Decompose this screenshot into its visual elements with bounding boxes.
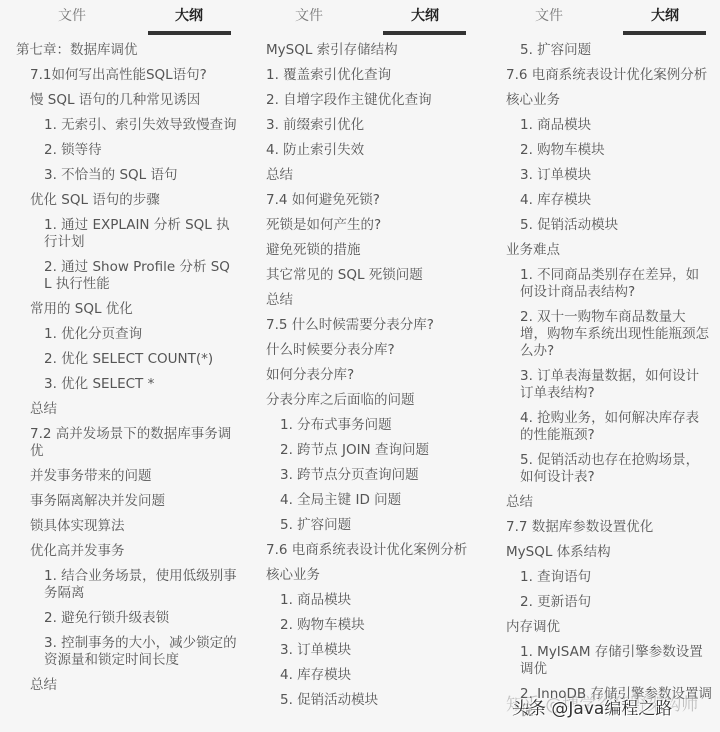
outline-section-item[interactable]: 优化高并发事务 xyxy=(0,539,245,564)
tab-file[interactable]: 文件 xyxy=(295,6,323,26)
outline-subsection-item[interactable]: 3. 优化 SELECT * xyxy=(0,372,245,397)
outline-subsection-item[interactable]: 1. 分布式事务问题 xyxy=(245,413,490,438)
active-tab-underline xyxy=(148,31,231,35)
outline-panels: 文件 大纲 第七章：数据库调优7.1如何写出高性能SQL语句?慢 SQL 语句的… xyxy=(0,0,720,732)
outline-section-item[interactable]: 事务隔离解决并发问题 xyxy=(0,489,245,514)
outline-subsection-item[interactable]: 3. 不恰当的 SQL 语句 xyxy=(0,163,245,188)
watermark-toutiao: 头条 @Java编程之路 xyxy=(512,694,672,719)
outline-section-item[interactable]: 3. 前缀索引优化 xyxy=(245,113,490,138)
outline-section-item[interactable]: 7.5 什么时候需要分表分库? xyxy=(245,313,490,338)
outline-subsection-item[interactable]: 5. 促销活动也存在抢购场景，如何设计表? xyxy=(490,448,720,490)
tab-file[interactable]: 文件 xyxy=(535,6,563,26)
outline-section-item[interactable]: 什么时候要分表分库? xyxy=(245,338,490,363)
outline-subsection-item[interactable]: 2. 购物车模块 xyxy=(490,138,720,163)
outline-subsection-item[interactable]: 5. 促销活动模块 xyxy=(490,213,720,238)
tab-bar: 文件 大纲 xyxy=(245,0,490,38)
outline-section-item[interactable]: 7.2 高并发场景下的数据库事务调优 xyxy=(0,422,245,464)
outline-subsection-item[interactable]: 1. MyISAM 存储引擎参数设置调优 xyxy=(490,640,720,682)
outline-section-item[interactable]: 2. 自增字段作主键优化查询 xyxy=(245,88,490,113)
outline-subsection-item[interactable]: 2. 跨节点 JOIN 查询问题 xyxy=(245,438,490,463)
tab-bar: 文件 大纲 xyxy=(0,0,245,38)
outline-section-item[interactable]: 1. 覆盖索引优化查询 xyxy=(245,63,490,88)
outline-section-item[interactable]: 核心业务 xyxy=(490,88,720,113)
outline-section-item[interactable]: 核心业务 xyxy=(245,563,490,588)
outline-list: 第七章：数据库调优7.1如何写出高性能SQL语句?慢 SQL 语句的几种常见诱因… xyxy=(0,38,245,698)
outline-subsection-item[interactable]: 1. 不同商品类别存在差异，如何设计商品表结构? xyxy=(490,263,720,305)
outline-subsection-item[interactable]: 3. 订单表海量数据，如何设计订单表结构? xyxy=(490,364,720,406)
outline-section-item[interactable]: 如何分表分库? xyxy=(245,363,490,388)
outline-panel-2: 文件 大纲 MySQL 索引存储结构1. 覆盖索引优化查询2. 自增字段作主键优… xyxy=(245,0,490,732)
tab-file[interactable]: 文件 xyxy=(58,6,86,26)
outline-subsection-item[interactable]: 2. 购物车模块 xyxy=(245,613,490,638)
active-tab-underline xyxy=(623,31,706,35)
outline-section-item[interactable]: 总结 xyxy=(245,288,490,313)
outline-section-item[interactable]: 总结 xyxy=(245,163,490,188)
outline-subsection-item[interactable]: 3. 订单模块 xyxy=(490,163,720,188)
outline-chapter-heading[interactable]: 第七章：数据库调优 xyxy=(0,38,245,63)
outline-section-item[interactable]: 优化 SQL 语句的步骤 xyxy=(0,188,245,213)
outline-subsection-item[interactable]: 5. 扩容问题 xyxy=(245,513,490,538)
outline-section-item[interactable]: 7.6 电商系统表设计优化案例分析 xyxy=(490,63,720,88)
active-tab-underline xyxy=(383,31,466,35)
outline-subsection-item[interactable]: 1. 通过 EXPLAIN 分析 SQL 执行计划 xyxy=(0,213,245,255)
tab-bar: 文件 大纲 xyxy=(490,0,720,38)
outline-subsection-item[interactable]: 1. 商品模块 xyxy=(490,113,720,138)
outline-subsection-item[interactable]: 2. 优化 SELECT COUNT(*) xyxy=(0,347,245,372)
outline-subsection-item[interactable]: 3. 订单模块 xyxy=(245,638,490,663)
outline-section-item[interactable]: 并发事务带来的问题 xyxy=(0,464,245,489)
outline-section-item[interactable]: 4. 防止索引失效 xyxy=(245,138,490,163)
outline-subsection-item[interactable]: 2. 避免行锁升级表锁 xyxy=(0,606,245,631)
outline-subsection-item[interactable]: 3. 控制事务的大小，减少锁定的资源量和锁定时间长度 xyxy=(0,631,245,673)
outline-subsection-item[interactable]: 4. 抢购业务，如何解决库存表的性能瓶颈? xyxy=(490,406,720,448)
outline-subsection-item[interactable]: 1. 查询语句 xyxy=(490,565,720,590)
outline-list: 5. 扩容问题7.6 电商系统表设计优化案例分析核心业务1. 商品模块2. 购物… xyxy=(490,38,720,724)
tab-outline[interactable]: 大纲 xyxy=(175,6,203,26)
outline-subsection-item[interactable]: 1. 商品模块 xyxy=(245,588,490,613)
outline-subsection-item[interactable]: 2. 锁等待 xyxy=(0,138,245,163)
outline-section-item[interactable]: 分表分库之后面临的问题 xyxy=(245,388,490,413)
outline-section-item[interactable]: MySQL 体系结构 xyxy=(490,540,720,565)
outline-section-item[interactable]: 内存调优 xyxy=(490,615,720,640)
tab-outline[interactable]: 大纲 xyxy=(411,6,439,26)
outline-panel-3: 文件 大纲 5. 扩容问题7.6 电商系统表设计优化案例分析核心业务1. 商品模… xyxy=(490,0,720,732)
outline-section-item[interactable]: 7.7 数据库参数设置优化 xyxy=(490,515,720,540)
outline-subsection-item[interactable]: 2. 双十一购物车商品数量大增，购物车系统出现性能瓶颈怎么办? xyxy=(490,305,720,364)
outline-section-item[interactable]: MySQL 索引存储结构 xyxy=(245,38,490,63)
outline-section-item[interactable]: 7.4 如何避免死锁? xyxy=(245,188,490,213)
outline-subsection-item[interactable]: 4. 全局主键 ID 问题 xyxy=(245,488,490,513)
outline-section-item[interactable]: 慢 SQL 语句的几种常见诱因 xyxy=(0,88,245,113)
outline-section-item[interactable]: 7.6 电商系统表设计优化案例分析 xyxy=(245,538,490,563)
outline-section-item[interactable]: 总结 xyxy=(490,490,720,515)
outline-section-item[interactable]: 其它常见的 SQL 死锁问题 xyxy=(245,263,490,288)
outline-list: MySQL 索引存储结构1. 覆盖索引优化查询2. 自增字段作主键优化查询3. … xyxy=(245,38,490,713)
outline-subsection-item[interactable]: 4. 库存模块 xyxy=(490,188,720,213)
outline-subsection-item[interactable]: 2. 更新语句 xyxy=(490,590,720,615)
outline-section-item[interactable]: 常用的 SQL 优化 xyxy=(0,297,245,322)
outline-subsection-item[interactable]: 1. 无索引、索引失效导致慢查询 xyxy=(0,113,245,138)
outline-section-item[interactable]: 锁具体实现算法 xyxy=(0,514,245,539)
outline-subsection-item[interactable]: 5. 促销活动模块 xyxy=(245,688,490,713)
outline-subsection-item[interactable]: 3. 跨节点分页查询问题 xyxy=(245,463,490,488)
outline-section-item[interactable]: 死锁是如何产生的? xyxy=(245,213,490,238)
outline-section-item[interactable]: 总结 xyxy=(0,673,245,698)
outline-section-item[interactable]: 业务难点 xyxy=(490,238,720,263)
tab-outline[interactable]: 大纲 xyxy=(651,6,679,26)
outline-panel-1: 文件 大纲 第七章：数据库调优7.1如何写出高性能SQL语句?慢 SQL 语句的… xyxy=(0,0,245,732)
outline-subsection-item[interactable]: 1. 优化分页查询 xyxy=(0,322,245,347)
outline-subsection-item[interactable]: 4. 库存模块 xyxy=(245,663,490,688)
outline-subsection-item[interactable]: 5. 扩容问题 xyxy=(490,38,720,63)
outline-subsection-item[interactable]: 1. 结合业务场景，使用低级别事务隔离 xyxy=(0,564,245,606)
outline-section-item[interactable]: 7.1如何写出高性能SQL语句? xyxy=(0,63,245,88)
outline-section-item[interactable]: 避免死锁的措施 xyxy=(245,238,490,263)
outline-section-item[interactable]: 总结 xyxy=(0,397,245,422)
outline-subsection-item[interactable]: 2. 通过 Show Profile 分析 SQL 执行性能 xyxy=(0,255,245,297)
